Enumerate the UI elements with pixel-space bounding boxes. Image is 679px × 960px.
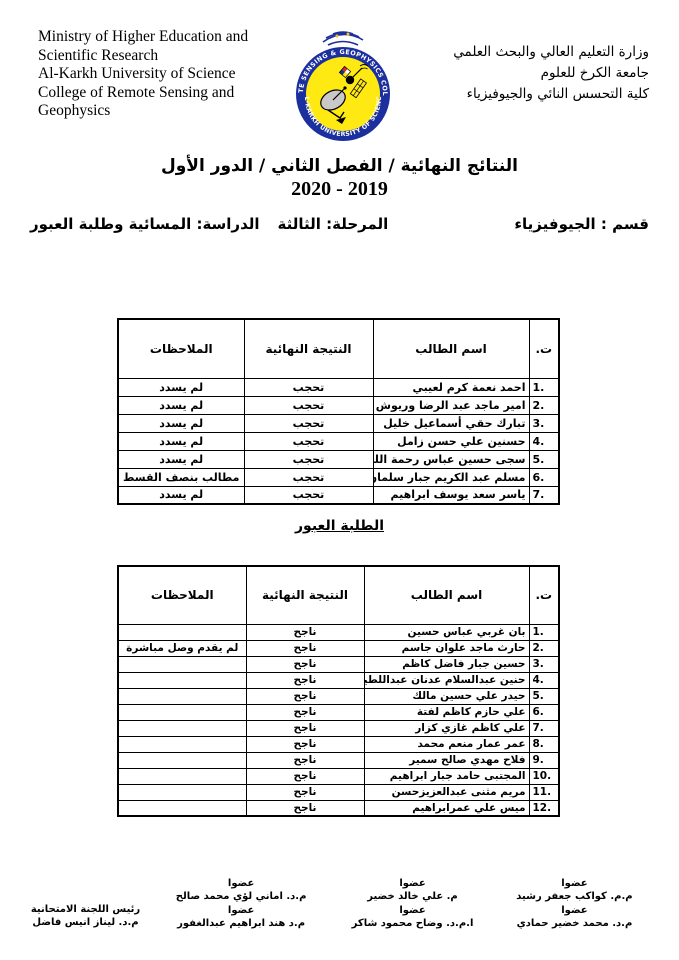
row-index: 11. — [529, 784, 559, 800]
department-label: قسم : الجيوفيزياء — [514, 215, 649, 233]
row-index: 1. — [529, 378, 559, 396]
student-row: 1.احمد نعمة كرم لعيبيتحجبلم يسدد — [118, 378, 559, 396]
row-index: 12. — [529, 800, 559, 816]
notes-cell — [118, 624, 246, 640]
row-index: 4. — [529, 432, 559, 450]
results-title: النتائج النهائية / الفصل الثاني / الدور … — [0, 156, 679, 176]
row-index: 5. — [529, 688, 559, 704]
header-index: ت. — [529, 319, 559, 378]
final-result-cell: ناجح — [246, 784, 364, 800]
final-result-cell: ناجح — [246, 720, 364, 736]
stage-label: المرحلة: الثالثة — [278, 215, 389, 233]
student-row: 5.حيدر علي حسين مالكناجح — [118, 688, 559, 704]
college-seal-icon: REMOTE SENSING & GEOPHYSICS COLLEGE AL-K… — [288, 28, 398, 146]
final-result-cell: تحجب — [244, 378, 373, 396]
signature-spacer — [22, 890, 149, 903]
student-name-cell: ياسر سعد يوسف ابراهيم — [373, 486, 529, 504]
signature-column: عضوام. علي خالد خضيرعضواا.م.د. وضاح محمو… — [333, 877, 492, 930]
signature-line: م. علي خالد خضير — [333, 890, 492, 903]
student-name-cell: ميس علي عمرابراهيم — [364, 800, 529, 816]
notes-cell — [118, 656, 246, 672]
row-index: 6. — [529, 468, 559, 486]
student-row: 10.المجتبى حامد جبار ابراهيمناجح — [118, 768, 559, 784]
student-row: 2.حارث ماجد علوان جاسمناجحلم يقدم وصل مب… — [118, 640, 559, 656]
final-result-cell: تحجب — [244, 486, 373, 504]
final-result-cell: تحجب — [244, 468, 373, 486]
student-name-cell: حيدر علي حسين مالك — [364, 688, 529, 704]
header-notes: الملاحظات — [118, 319, 244, 378]
signature-line: عضوا — [492, 877, 657, 890]
header-student-name: اسم الطالب — [364, 566, 529, 624]
english-line: Scientific Research — [38, 47, 278, 66]
student-row: 4.حسنين علي حسن زاملتحجبلم يسدد — [118, 432, 559, 450]
notes-cell — [118, 704, 246, 720]
student-row: 6.علي حازم كاظم لفتةناجح — [118, 704, 559, 720]
notes-cell: لم يسدد — [118, 414, 244, 432]
final-result-cell: تحجب — [244, 450, 373, 468]
row-index: 3. — [529, 414, 559, 432]
header-final-result: النتيجة النهائية — [244, 319, 373, 378]
evening-students-table: ت. اسم الطالب النتيجة النهائية الملاحظات… — [117, 318, 560, 505]
signature-line: م.د هند ابراهيم عبدالغفور — [149, 917, 333, 930]
student-row: 1.بان غربي عباس حسينناجح — [118, 624, 559, 640]
row-index: 4. — [529, 672, 559, 688]
notes-cell: لم يسدد — [118, 450, 244, 468]
final-result-cell: ناجح — [246, 736, 364, 752]
final-result-cell: ناجح — [246, 688, 364, 704]
crossing-students-table: ت. اسم الطالب النتيجة النهائية الملاحظات… — [117, 565, 560, 817]
signature-column: رئيس اللجنة الامتحانيةم.د. ليناز انيس فا… — [22, 877, 149, 930]
row-index: 6. — [529, 704, 559, 720]
student-name-cell: مسلم عبد الكريم جبار سلمان — [373, 468, 529, 486]
final-result-cell: ناجح — [246, 656, 364, 672]
english-line: Geophysics — [38, 102, 278, 121]
header-notes: الملاحظات — [118, 566, 246, 624]
table-header-row: ت. اسم الطالب النتيجة النهائية الملاحظات — [118, 319, 559, 378]
signature-spacer — [22, 877, 149, 890]
signature-line: رئيس اللجنة الامتحانية — [22, 903, 149, 916]
academic-year: 2020 - 2019 — [0, 178, 679, 201]
signature-column: عضوام.م. كواكب جعفر رشيدعضوام.د. محمد خض… — [492, 877, 657, 930]
student-row: 6.مسلم عبد الكريم جبار سلمانتحجبمطالب بن… — [118, 468, 559, 486]
notes-cell: لم يسدد — [118, 432, 244, 450]
notes-cell: مطالب بنصف القسط — [118, 468, 244, 486]
crossing-students-heading: الطلبة العبور — [0, 518, 679, 534]
arabic-line: جامعة الكرخ للعلوم — [453, 63, 649, 84]
notes-cell: لم يسدد — [118, 486, 244, 504]
arabic-line: كلية التحسس النائي والجيوفيزياء — [453, 84, 649, 105]
student-row: 3.تبارك حقي أسماعيل خليلتحجبلم يسدد — [118, 414, 559, 432]
signature-line: عضوا — [149, 904, 333, 917]
signature-line: م.د. ليناز انيس فاضل — [22, 916, 149, 929]
student-row: 4.حنين عبدالسلام عدنان عبداللطيفناجح — [118, 672, 559, 688]
row-index: 7. — [529, 486, 559, 504]
signature-line: م.د. اماني لؤي محمد صالح — [149, 890, 333, 903]
signature-line: ا.م.د. وضاح محمود شاكر — [333, 917, 492, 930]
arabic-line: وزارة التعليم العالي والبحث العلمي — [453, 42, 649, 63]
notes-cell: لم يسدد — [118, 396, 244, 414]
row-index: 5. — [529, 450, 559, 468]
row-index: 8. — [529, 736, 559, 752]
student-name-cell: عمر عمار منعم محمد — [364, 736, 529, 752]
student-name-cell: تبارك حقي أسماعيل خليل — [373, 414, 529, 432]
header-student-name: اسم الطالب — [373, 319, 529, 378]
student-row: 7.علي كاظم غازي كزارناجح — [118, 720, 559, 736]
row-index: 9. — [529, 752, 559, 768]
notes-cell: لم يسدد — [118, 378, 244, 396]
header-index: ت. — [529, 566, 559, 624]
ministry-english-block: Ministry of Higher Education and Scienti… — [38, 28, 278, 121]
notes-cell — [118, 784, 246, 800]
final-result-cell: ناجح — [246, 800, 364, 816]
student-name-cell: حنين عبدالسلام عدنان عبداللطيف — [364, 672, 529, 688]
signature-line: م.د. محمد خضير حمادي — [492, 917, 657, 930]
row-index: 7. — [529, 720, 559, 736]
document-header: Ministry of Higher Education and Scienti… — [38, 28, 649, 146]
student-row: 5.سجى حسين عباس رحمة اللهتحجبلم يسدد — [118, 450, 559, 468]
title-block: النتائج النهائية / الفصل الثاني / الدور … — [0, 156, 679, 201]
student-name-cell: فلاح مهدي صالح سمير — [364, 752, 529, 768]
student-name-cell: حسنين علي حسن زامل — [373, 432, 529, 450]
final-result-cell: ناجح — [246, 752, 364, 768]
final-result-cell: تحجب — [244, 396, 373, 414]
final-result-cell: ناجح — [246, 624, 364, 640]
student-name-cell: مريم مثنى عبدالعزيزحسن — [364, 784, 529, 800]
notes-cell: لم يقدم وصل مباشرة — [118, 640, 246, 656]
signature-column: عضوام.د. اماني لؤي محمد صالحعضوام.د هند … — [149, 877, 333, 930]
notes-cell — [118, 720, 246, 736]
signature-line: م.م. كواكب جعفر رشيد — [492, 890, 657, 903]
final-result-cell: ناجح — [246, 672, 364, 688]
college-logo: REMOTE SENSING & GEOPHYSICS COLLEGE AL-K… — [288, 28, 398, 146]
student-name-cell: بان غربي عباس حسين — [364, 624, 529, 640]
final-result-cell: ناجح — [246, 768, 364, 784]
student-name-cell: احمد نعمة كرم لعيبي — [373, 378, 529, 396]
notes-cell — [118, 752, 246, 768]
notes-cell — [118, 672, 246, 688]
header-final-result: النتيجة النهائية — [246, 566, 364, 624]
signature-line: عضوا — [492, 904, 657, 917]
final-result-cell: ناجح — [246, 704, 364, 720]
notes-cell — [118, 736, 246, 752]
student-name-cell: علي كاظم غازي كزار — [364, 720, 529, 736]
department-line: قسم : الجيوفيزياء المرحلة: الثالثة الدرا… — [30, 215, 649, 233]
crossing-students-heading-text: الطلبة العبور — [295, 518, 384, 534]
student-name-cell: امير ماجد عبد الرضا وريوش — [373, 396, 529, 414]
student-name-cell: حارث ماجد علوان جاسم — [364, 640, 529, 656]
student-row: 11.مريم مثنى عبدالعزيزحسنناجح — [118, 784, 559, 800]
ministry-arabic-block: وزارة التعليم العالي والبحث العلمي جامعة… — [453, 28, 649, 105]
student-name-cell: علي حازم كاظم لفتة — [364, 704, 529, 720]
stage-study-group: المرحلة: الثالثة الدراسة: المسائية وطلبة… — [30, 215, 388, 233]
student-row: 3.حسين جبار فاضل كاظمناجح — [118, 656, 559, 672]
english-line: Al-Karkh University of Science — [38, 65, 278, 84]
notes-cell — [118, 688, 246, 704]
student-row: 12.ميس علي عمرابراهيمناجح — [118, 800, 559, 816]
student-row: 8.عمر عمار منعم محمدناجح — [118, 736, 559, 752]
table-header-row: ت. اسم الطالب النتيجة النهائية الملاحظات — [118, 566, 559, 624]
row-index: 1. — [529, 624, 559, 640]
study-label: الدراسة: المسائية وطلبة العبور — [30, 215, 260, 233]
student-name-cell: حسين جبار فاضل كاظم — [364, 656, 529, 672]
student-row: 2.امير ماجد عبد الرضا وريوشتحجبلم يسدد — [118, 396, 559, 414]
final-result-cell: ناجح — [246, 640, 364, 656]
english-line: College of Remote Sensing and — [38, 84, 278, 103]
row-index: 2. — [529, 640, 559, 656]
notes-cell — [118, 768, 246, 784]
english-line: Ministry of Higher Education and — [38, 28, 278, 47]
row-index: 2. — [529, 396, 559, 414]
student-name-cell: المجتبى حامد جبار ابراهيم — [364, 768, 529, 784]
row-index: 3. — [529, 656, 559, 672]
signature-line: عضوا — [333, 904, 492, 917]
final-result-cell: تحجب — [244, 432, 373, 450]
row-index: 10. — [529, 768, 559, 784]
notes-cell — [118, 800, 246, 816]
signature-block: عضوام.م. كواكب جعفر رشيدعضوام.د. محمد خض… — [22, 877, 657, 930]
student-name-cell: سجى حسين عباس رحمة الله — [373, 450, 529, 468]
student-row: 7.ياسر سعد يوسف ابراهيمتحجبلم يسدد — [118, 486, 559, 504]
signature-line: عضوا — [149, 877, 333, 890]
signature-line: عضوا — [333, 877, 492, 890]
student-row: 9.فلاح مهدي صالح سميرناجح — [118, 752, 559, 768]
final-result-cell: تحجب — [244, 414, 373, 432]
calligraphy-ornament — [323, 32, 363, 45]
